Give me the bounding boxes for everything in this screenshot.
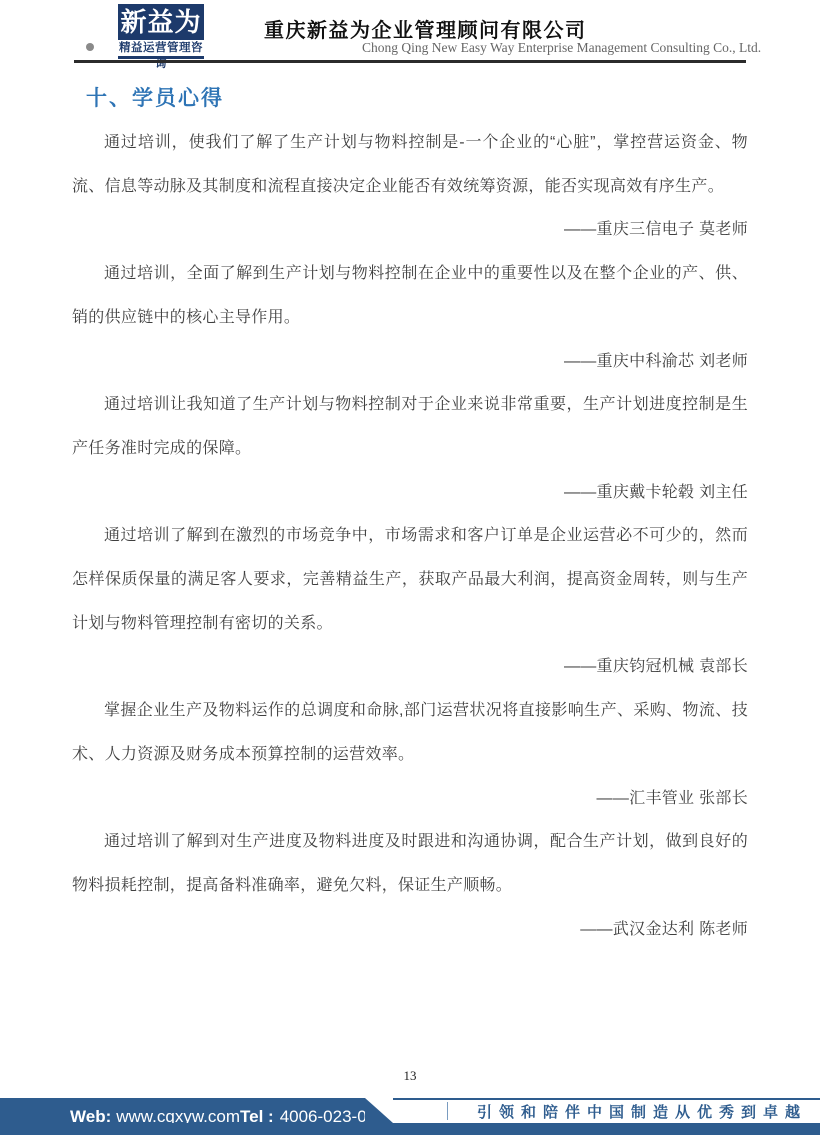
bullet-dot-icon bbox=[86, 43, 94, 51]
footer-bar: Web:www.cqxyw.comTel :4006-023-060 引领和陪伴… bbox=[0, 1098, 820, 1135]
logo-main-text: 新益为 bbox=[118, 4, 204, 40]
testimonial-attribution: ——重庆三信电子 莫老师 bbox=[72, 208, 748, 252]
document-body: 十、学员心得 通过培训，使我们了解了生产计划与物料控制是-一个企业的“心脏”，掌… bbox=[72, 84, 748, 951]
testimonial-attribution: ——武汉金达利 陈老师 bbox=[72, 908, 748, 952]
footer-top-line bbox=[393, 1098, 820, 1100]
testimonial-text: 通过培训让我知道了生产计划与物料控制对于企业来说非常重要，生产计划进度控制是生产… bbox=[72, 383, 748, 470]
testimonial-attribution: ——汇丰管业 张部长 bbox=[72, 777, 748, 821]
logo-sub-text: 精益运营管理咨询 bbox=[118, 40, 204, 59]
testimonial-list: 通过培训，使我们了解了生产计划与物料控制是-一个企业的“心脏”，掌控营运资金、物… bbox=[72, 121, 748, 951]
section-title: 十、学员心得 bbox=[86, 84, 748, 121]
company-name-en: Chong Qing New Easy Way Enterprise Manag… bbox=[362, 40, 761, 56]
document-page: 新益为 精益运营管理咨询 重庆新益为企业管理顾问有限公司 Chong Qing … bbox=[0, 0, 820, 1135]
header-divider-line bbox=[74, 60, 746, 63]
company-name-cn: 重庆新益为企业管理顾问有限公司 bbox=[264, 14, 587, 43]
footer-bottom-bar bbox=[0, 1123, 820, 1135]
testimonial-attribution: ——重庆钧冠机械 袁部长 bbox=[72, 645, 748, 689]
testimonial-text: 通过培训，全面了解到生产计划与物料控制在企业中的重要性以及在整个企业的产、供、销… bbox=[72, 252, 748, 339]
testimonial-text: 掌握企业生产及物料运作的总调度和命脉,部门运营状况将直接影响生产、采购、物流、技… bbox=[72, 689, 748, 776]
footer-vertical-divider bbox=[447, 1102, 448, 1120]
page-number: 13 bbox=[0, 1068, 820, 1084]
company-logo: 新益为 精益运营管理咨询 bbox=[118, 4, 204, 59]
testimonial-text: 通过培训了解到对生产进度及物料进度及时跟进和沟通协调，配合生产计划，做到良好的物… bbox=[72, 820, 748, 907]
testimonial-attribution: ——重庆戴卡轮毂 刘主任 bbox=[72, 471, 748, 515]
testimonial-attribution: ——重庆中科渝芯 刘老师 bbox=[72, 340, 748, 384]
testimonial-text: 通过培训，使我们了解了生产计划与物料控制是-一个企业的“心脏”，掌控营运资金、物… bbox=[72, 121, 748, 208]
testimonial-text: 通过培训了解到在激烈的市场竞争中，市场需求和客户订单是企业运营必不可少的，然而怎… bbox=[72, 514, 748, 645]
footer-slogan: 引领和陪伴中国制造从优秀到卓越 bbox=[477, 1101, 807, 1122]
